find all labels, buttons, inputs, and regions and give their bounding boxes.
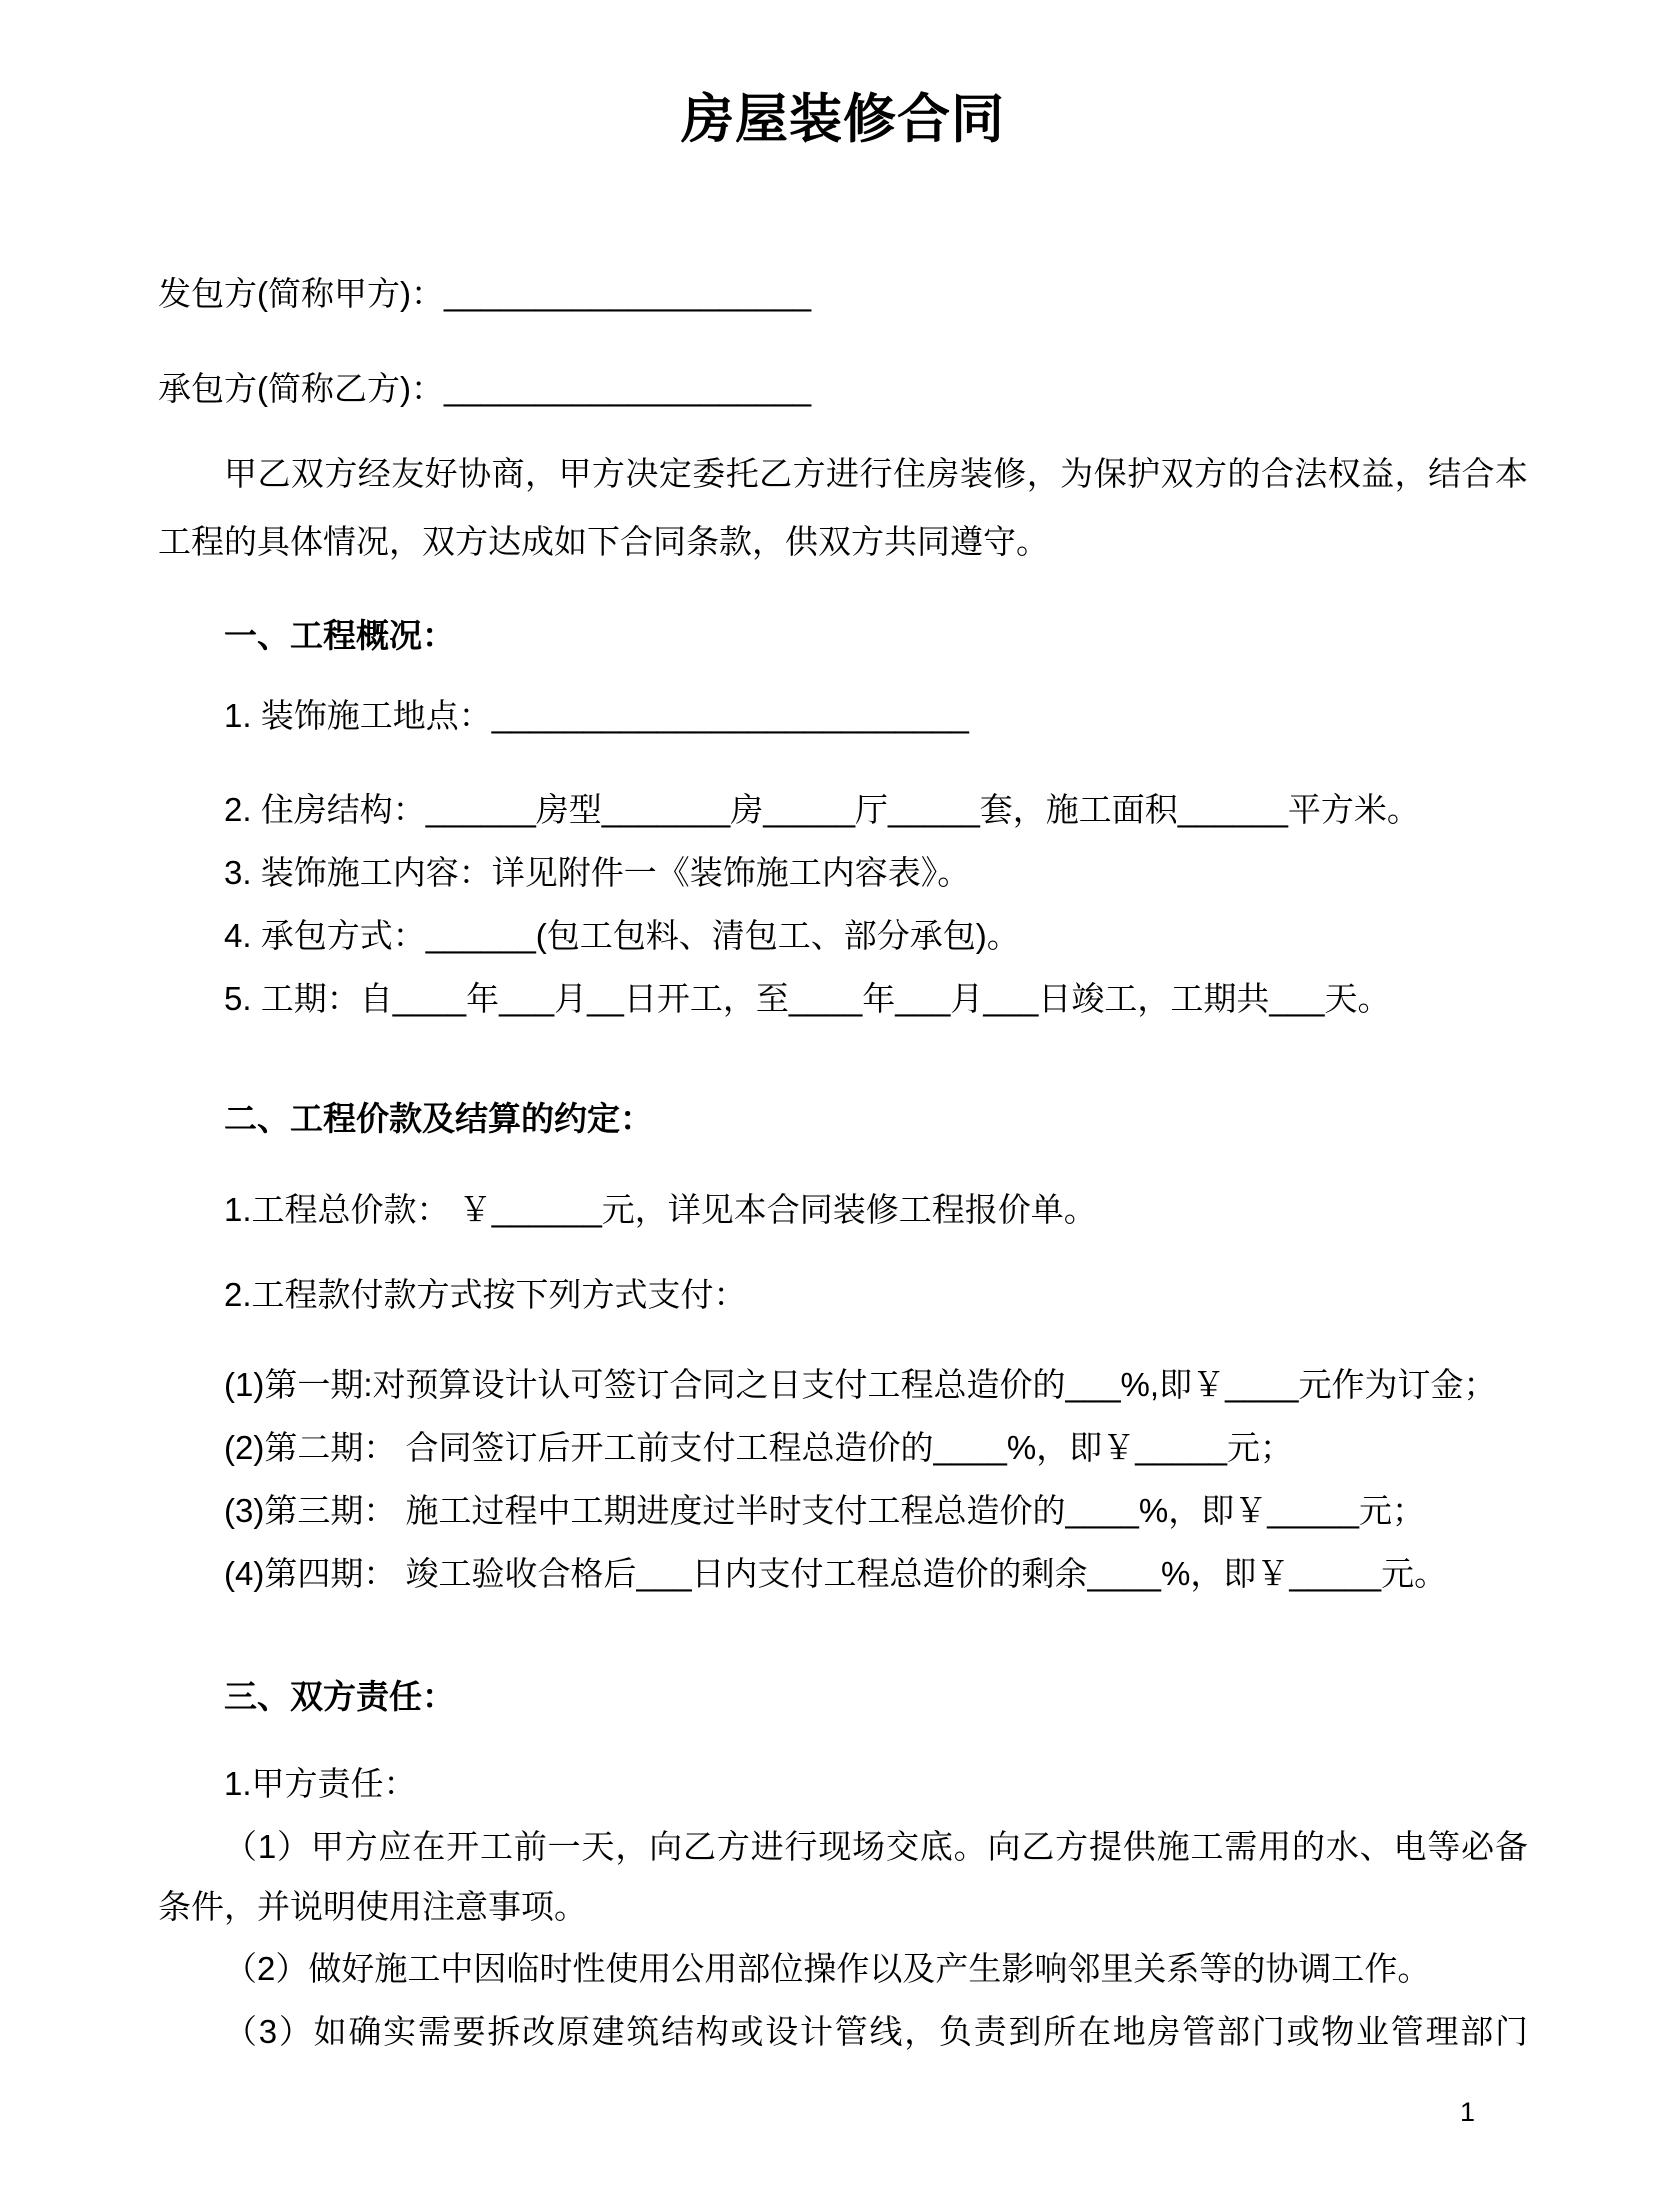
section-2-total-price: 1.工程总价款： ￥______元，详见本合同装修工程报价单。 <box>158 1178 1528 1241</box>
payment-phase-3: (3)第三期： 施工过程中工期进度过半时支付工程总造价的____%，即￥____… <box>158 1479 1528 1542</box>
party-a-line: 发包方(简称甲方)：____________________ <box>158 262 1528 325</box>
section-2-payment-intro: 2.工程款付款方式按下列方式支付： <box>158 1263 1528 1326</box>
section-1-heading: 一、工程概况： <box>158 604 1528 667</box>
payment-phase-4: (4)第四期： 竣工验收合格后___日内支付工程总造价的剩余____%，即￥__… <box>158 1542 1528 1605</box>
payment-phase-1: (1)第一期:对预算设计认可签订合同之日支付工程总造价的___%,即￥____元… <box>158 1353 1528 1416</box>
section-1-item-structure: 2. 住房结构：______房型_______房_____厅_____套，施工面… <box>158 778 1528 841</box>
section-1-item-content: 3. 装饰施工内容：详见附件一《装饰施工内容表》。 <box>158 841 1528 904</box>
party-b-line: 承包方(简称乙方)：____________________ <box>158 357 1528 420</box>
document-title: 房屋装修合同 <box>158 84 1528 156</box>
responsibility-item-2: （2）做好施工中因临时性使用公用部位操作以及产生影响邻里关系等的协调工作。 <box>158 1937 1528 2000</box>
responsibility-item-3: （3）如确实需要拆改原建筑结构或设计管线，负责到所在地房管部门或物业管理部门 <box>158 2000 1528 2063</box>
party-b-label: 承包方(简称乙方)： <box>158 370 444 407</box>
section-1-item-schedule: 5. 工期：自____年___月__日开工，至____年___月___日竣工，工… <box>158 967 1528 1030</box>
section-1-item-location: 1. 装饰施工地点：__________________________ <box>158 684 1528 747</box>
responsibility-item-1: （1）甲方应在开工前一天，向乙方进行现场交底。向乙方提供施工需用的水、电等必备条… <box>158 1817 1528 1937</box>
party-a-label: 发包方(简称甲方)： <box>158 275 444 312</box>
section-3-party-a-heading: 1.甲方责任： <box>158 1752 1528 1815</box>
party-a-blank: ____________________ <box>444 275 811 312</box>
intro-paragraph: 甲乙双方经友好协商，甲方决定委托乙方进行住房装修，为保护双方的合法权益，结合本工… <box>158 440 1528 576</box>
section-3-heading: 三、双方责任： <box>158 1665 1528 1728</box>
payment-phase-2: (2)第二期： 合同签订后开工前支付工程总造价的____%，即￥_____元； <box>158 1416 1528 1479</box>
contract-document-page: 房屋装修合同 发包方(简称甲方)：____________________ 承包… <box>0 0 1653 2203</box>
party-b-blank: ____________________ <box>444 370 811 407</box>
section-1-item-contract-mode: 4. 承包方式：______(包工包料、清包工、部分承包)。 <box>158 904 1528 967</box>
section-2-heading: 二、工程价款及结算的约定： <box>158 1087 1528 1150</box>
page-number: 1 <box>1460 2092 1475 2132</box>
